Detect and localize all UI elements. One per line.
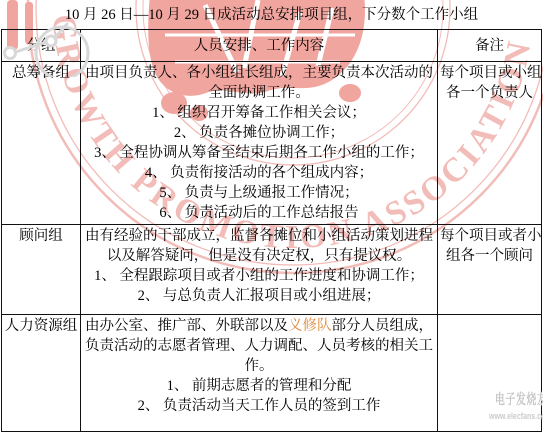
group-name-cell: 总筹备组	[2, 62, 81, 225]
table-row: 顾问组 由有经验的干部成立，监督各摊位和小组活动策划进程 以及解答疑问，但是没有…	[2, 225, 542, 315]
work-group-table: 分组 人员安排、工作内容 备注 总筹备组 由项目负责人、各小组组长组成，主要负责…	[1, 29, 542, 432]
work-content-cell: 由办公室、推广部、外联部以及义修队部分人员组成， 负责活动的志愿者管理、人力调配…	[81, 315, 438, 432]
work-content-cell: 由有经验的干部成立，监督各摊位和小组活动策划进程 以及解答疑问，但是没有决定权，…	[81, 225, 438, 315]
table-row: 人力资源组 由办公室、推广部、外联部以及义修队部分人员组成， 负责活动的志愿者管…	[2, 315, 542, 432]
remark-cell: 每个项目或者小 组各一个顾问	[438, 225, 542, 315]
table-header-row: 分组 人员安排、工作内容 备注	[2, 30, 542, 62]
header-arrangement: 人员安排、工作内容	[81, 30, 438, 62]
group-name-cell: 人力资源组	[2, 315, 81, 432]
table-row: 总筹备组 由项目负责人、各小组组长组成，主要负责本次活动的 全面协调工作。 1、…	[2, 62, 542, 225]
intro-text: 部分人员组成，	[332, 318, 434, 334]
work-content-cell: 由项目负责人、各小组组长组成，主要负责本次活动的 全面协调工作。 1、 组织召开…	[81, 62, 438, 225]
group-name-cell: 顾问组	[2, 225, 81, 315]
page-title: 10 月 26 日—10 月 29 日成活动总安排项目组，下分数个工作小组	[0, 4, 543, 26]
header-remark: 备注	[438, 30, 542, 62]
header-group: 分组	[2, 30, 81, 62]
remark-cell: 每个项目或小组 各一个负责人	[438, 62, 542, 225]
remark-cell-empty	[438, 315, 542, 432]
highlighted-team-name: 义修队	[288, 318, 332, 334]
intro-text: 由办公室、推广部、外联部以及	[85, 318, 288, 334]
document-page: GROWTH PROMOTION ASSOCIATION 10 月 26 日—1…	[0, 0, 543, 437]
